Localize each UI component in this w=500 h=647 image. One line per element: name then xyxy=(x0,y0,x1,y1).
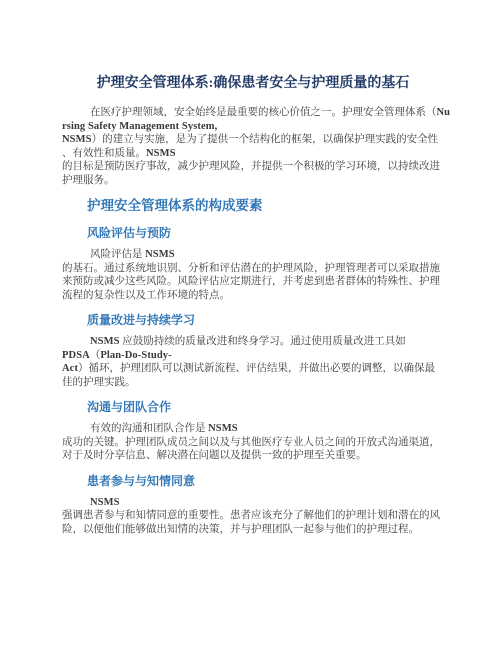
text-line: NSMS xyxy=(62,496,444,510)
paragraph: NSMS强调患者参与和知情同意的重要性。患者应该充分了解他们的护理计划和潜在的风… xyxy=(62,496,444,537)
text-line: 流程的复杂性以及工作环境的特点。 xyxy=(62,289,444,303)
cjk-text-run: 险，以便他们能够做出知情的决策，并与护理团队一起参与他们的护理过程。 xyxy=(62,524,419,535)
cjk-text-run: 有效的沟通和团队合作是 xyxy=(90,423,208,434)
text-line: 强调患者参与和知情同意的重要性。患者应该充分了解他们的护理计划和潜在的风 xyxy=(62,509,444,523)
latin-text-run: NSMS xyxy=(146,148,176,159)
subsection-heading: 沟通与团队合作 xyxy=(62,399,444,416)
cjk-text-run: 佳的护理实践。 xyxy=(62,377,136,388)
document-content: 护理安全管理体系:确保患者安全与护理质量的基石 在医疗护理领域，安全始终是最重要… xyxy=(62,0,444,536)
latin-text-run: Plan-Do-Study- xyxy=(100,350,171,361)
latin-text-run: NSMS xyxy=(90,336,120,347)
paragraph: 在医疗护理领域，安全始终是最重要的核心价值之一。护理安全管理体系（Nursing… xyxy=(62,106,444,187)
cjk-text-run: 来预防或减少这些风险。风险评估应定期进行，并考虑到患者群体的特殊性、护理 xyxy=(62,276,440,287)
cjk-text-run: ）的建立与实施，是为了提供一个结构化的框架，以确保护理实践的安全性 xyxy=(92,134,439,145)
subsection-heading: 风险评估与预防 xyxy=(62,225,444,242)
text-line: 来预防或减少这些风险。风险评估应定期进行，并考虑到患者群体的特殊性、护理 xyxy=(62,275,444,289)
cjk-text-run: ）循环，护理团队可以测试新流程、评估结果，并做出必要的调整，以确保最 xyxy=(78,363,435,374)
cjk-text-run: 的基石。通过系统地识别、分析和评估潜在的护理风险，护理管理者可以采取措施 xyxy=(62,263,440,274)
paragraph: 有效的沟通和团队合作是 NSMS成功的关键。护理团队成员之间以及与其他医疗专业人… xyxy=(62,422,444,463)
text-line: 风险评估是 NSMS xyxy=(62,248,444,262)
text-line: 险，以便他们能够做出知情的决策，并与护理团队一起参与他们的护理过程。 xyxy=(62,523,444,537)
text-line: NSMS）的建立与实施，是为了提供一个结构化的框架，以确保护理实践的安全性 xyxy=(62,133,444,147)
cjk-text-run: 、有效性和质量。 xyxy=(62,148,146,159)
text-line: NSMS 应鼓励持续的质量改进和终身学习。通过使用质量改进工具如 xyxy=(62,335,444,349)
latin-text-run: PDSA xyxy=(62,350,90,361)
text-line: rsing Safety Management System, xyxy=(62,120,444,134)
latin-text-run: NSMS xyxy=(208,423,238,434)
text-line: 、有效性和质量。NSMS xyxy=(62,147,444,161)
text-line: 有效的沟通和团队合作是 NSMS xyxy=(62,422,444,436)
paragraph: NSMS 应鼓励持续的质量改进和终身学习。通过使用质量改进工具如PDSA（Pla… xyxy=(62,335,444,389)
latin-text-run: NSMS xyxy=(90,497,120,508)
subsection-heading: 患者参与与知情同意 xyxy=(62,473,444,490)
text-line: 的目标是预防医疗事故，减少护理风险，并提供一个积极的学习环境，以持续改进 xyxy=(62,160,444,174)
cjk-text-run: 护理服务。 xyxy=(62,175,115,186)
cjk-text-run: 强调患者参与和知情同意的重要性。患者应该充分了解他们的护理计划和潜在的风 xyxy=(62,510,440,521)
text-line: PDSA（Plan-Do-Study- xyxy=(62,349,444,363)
latin-text-run: rsing Safety Management System, xyxy=(62,121,217,132)
cjk-text-run: 对于及时分享信息、解决潜在问题以及提供一致的护理至关重要。 xyxy=(62,450,367,461)
latin-text-run: Nu xyxy=(437,107,451,118)
text-line: 的基石。通过系统地识别、分析和评估潜在的护理风险，护理管理者可以采取措施 xyxy=(62,262,444,276)
cjk-text-run: （ xyxy=(90,350,101,361)
text-line: 成功的关键。护理团队成员之间以及与其他医疗专业人员之间的开放式沟通渠道， xyxy=(62,436,444,450)
cjk-text-run: 流程的复杂性以及工作环境的特点。 xyxy=(62,290,230,301)
cjk-text-run: 的目标是预防医疗事故，减少护理风险，并提供一个积极的学习环境，以持续改进 xyxy=(62,161,440,172)
cjk-text-run: 风险评估是 xyxy=(90,249,145,260)
latin-text-run: NSMS xyxy=(62,134,92,145)
document-title: 护理安全管理体系:确保患者安全与护理质量的基石 xyxy=(62,74,444,94)
text-line: 在医疗护理领域，安全始终是最重要的核心价值之一。护理安全管理体系（Nu xyxy=(62,106,444,120)
text-line: Act）循环，护理团队可以测试新流程、评估结果，并做出必要的调整，以确保最 xyxy=(62,362,444,376)
document-page: 护理安全管理体系:确保患者安全与护理质量的基石 在医疗护理领域，安全始终是最重要… xyxy=(0,0,500,647)
cjk-text-run: 在医疗护理领域，安全始终是最重要的核心价值之一。护理安全管理体系（ xyxy=(90,107,437,118)
latin-text-run: Act xyxy=(62,363,78,374)
cjk-text-run: 应鼓励持续的质量改进和终身学习。通过使用质量改进工具如 xyxy=(120,336,406,347)
subsection-heading: 质量改进与持续学习 xyxy=(62,312,444,329)
text-line: 护理服务。 xyxy=(62,174,444,188)
section-heading: 护理安全管理体系的构成要素 xyxy=(62,197,444,215)
document-body: 在医疗护理领域，安全始终是最重要的核心价值之一。护理安全管理体系（Nursing… xyxy=(62,106,444,536)
paragraph: 风险评估是 NSMS的基石。通过系统地识别、分析和评估潜在的护理风险，护理管理者… xyxy=(62,248,444,302)
text-line: 对于及时分享信息、解决潜在问题以及提供一致的护理至关重要。 xyxy=(62,449,444,463)
text-line: 佳的护理实践。 xyxy=(62,376,444,390)
cjk-text-run: 成功的关键。护理团队成员之间以及与其他医疗专业人员之间的开放式沟通渠道， xyxy=(62,437,440,448)
latin-text-run: NSMS xyxy=(145,249,175,260)
